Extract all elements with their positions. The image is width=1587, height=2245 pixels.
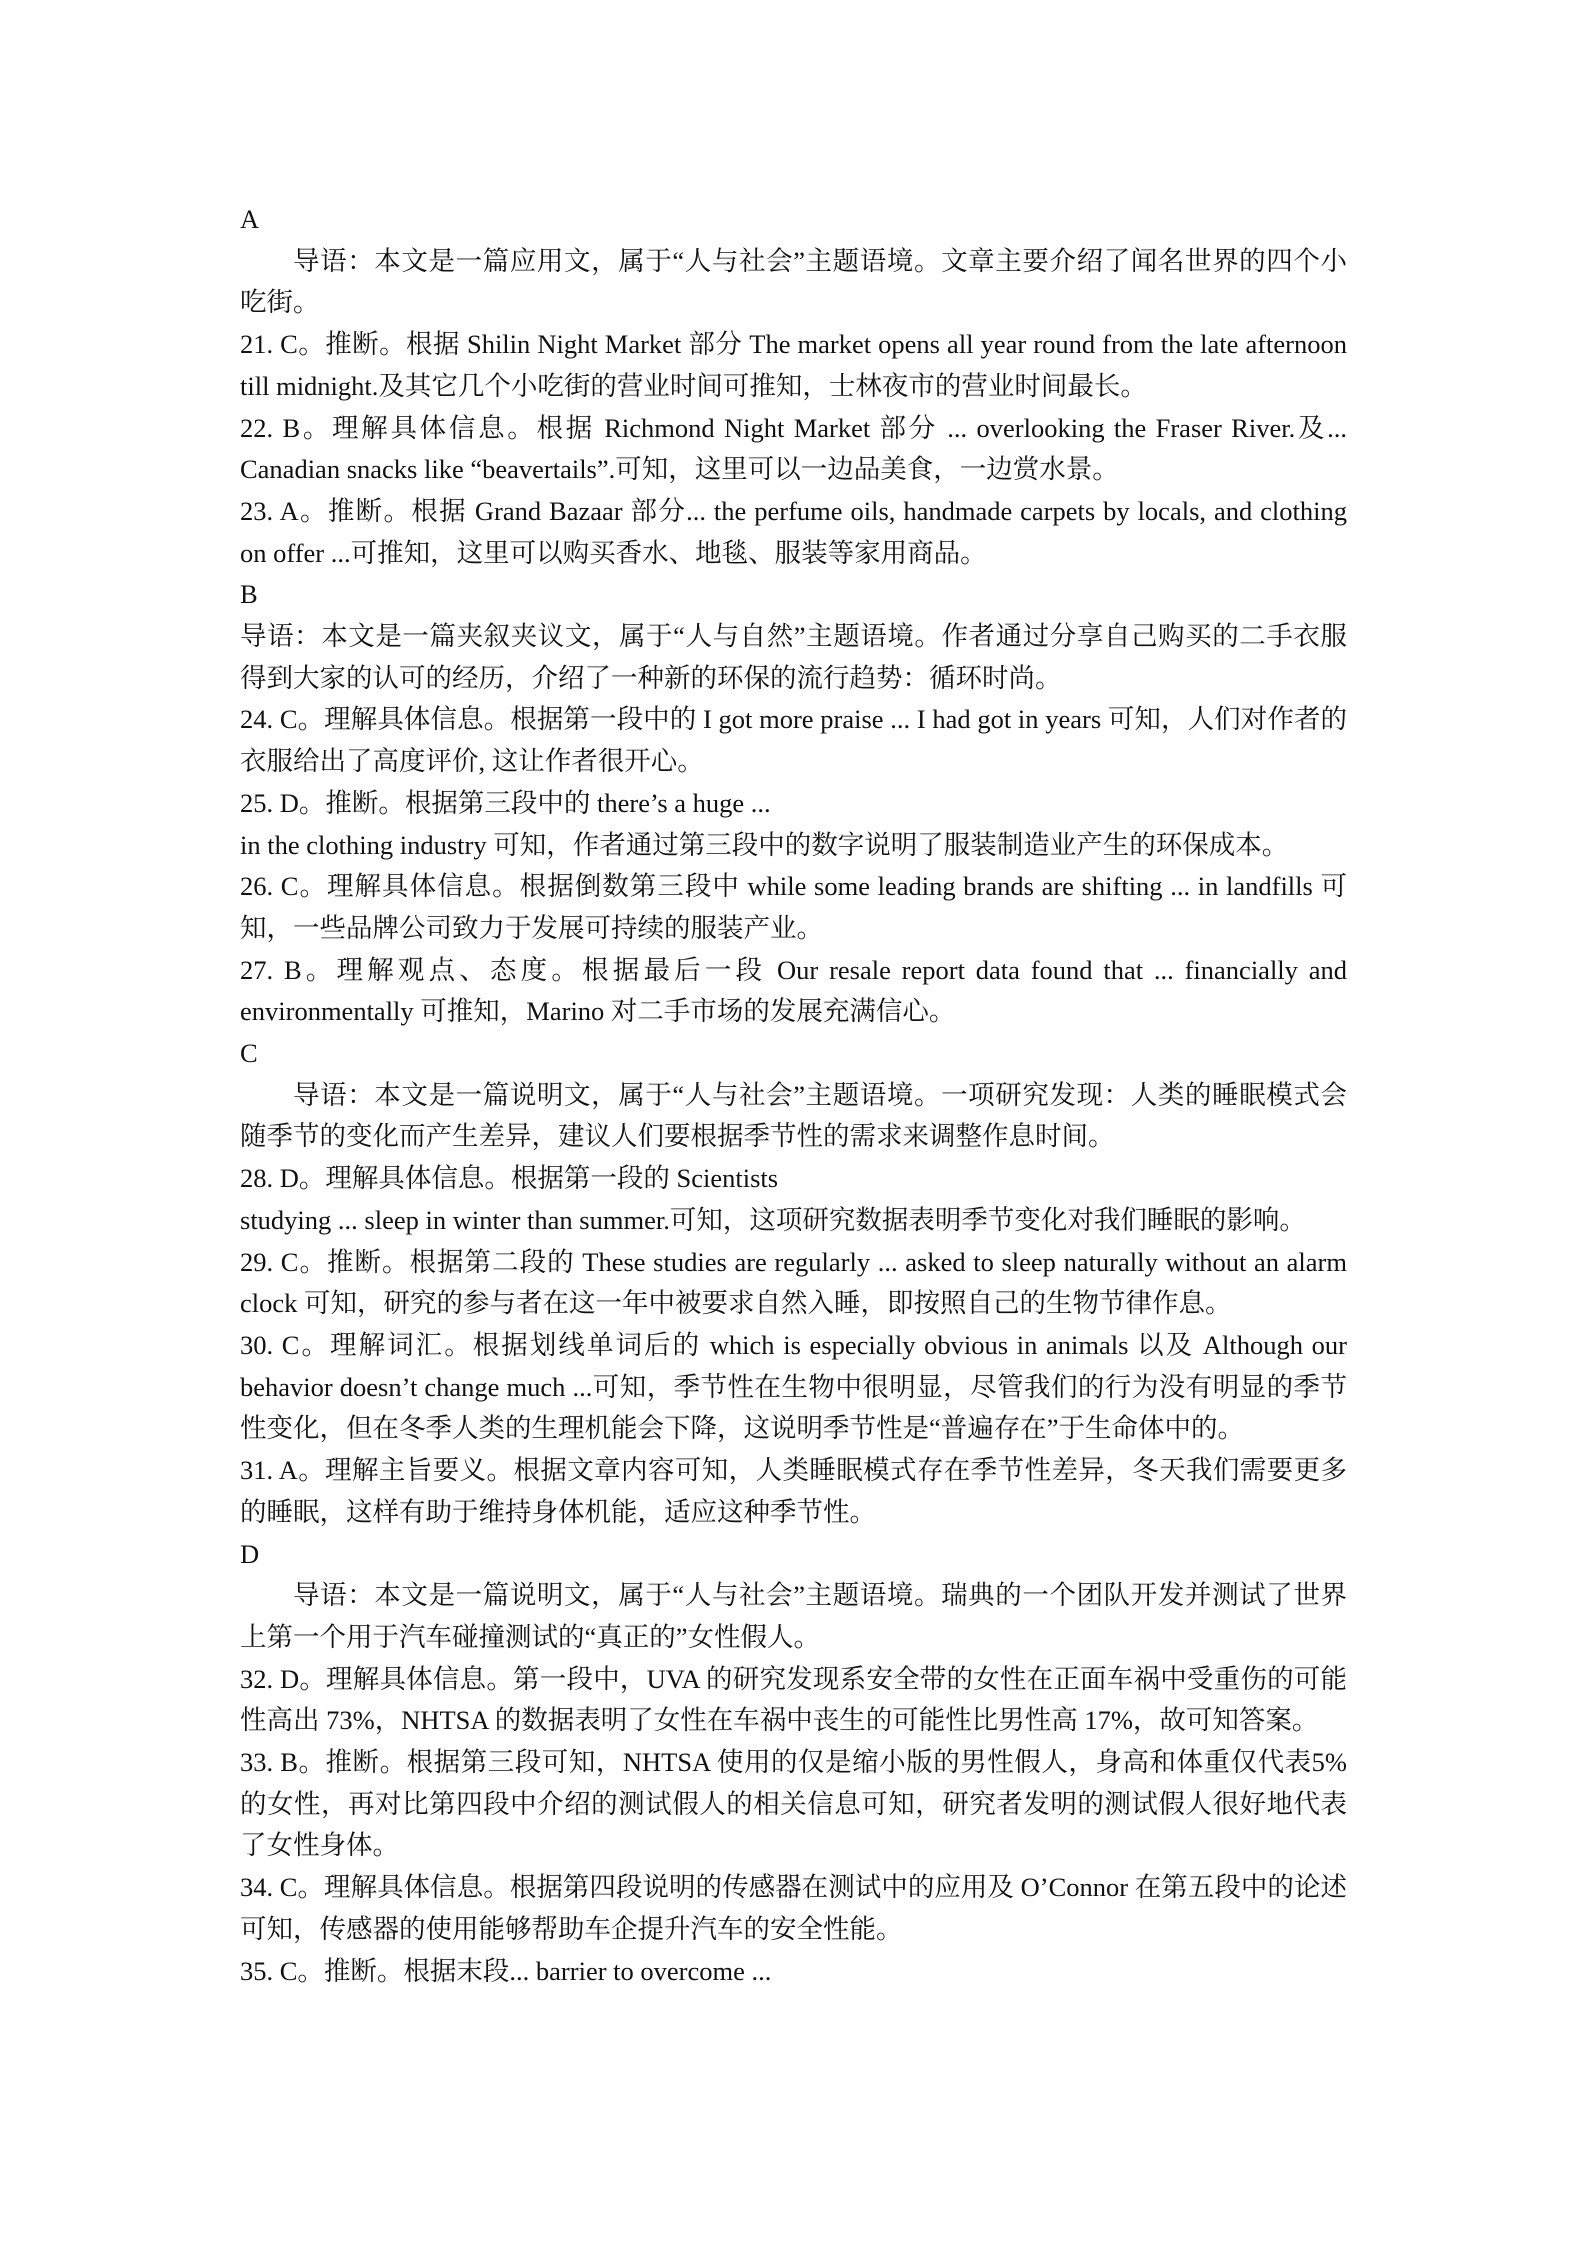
answer-item: 31. A。理解主旨要义。根据文章内容可知，人类睡眠模式存在季节性差异，冬天我们… (240, 1450, 1347, 1533)
answer-item: 25. D。推断。根据第三段中的 there’s a huge ... (240, 783, 1347, 825)
answer-item: 27. B。理解观点、态度。根据最后一段 Our resale report d… (240, 950, 1347, 1033)
answer-key-document: A 导语：本文是一篇应用文，属于“人与社会”主题语境。文章主要介绍了闻名世界的四… (240, 199, 1347, 1992)
section-intro: 导语：本文是一篇说明文，属于“人与社会”主题语境。瑞典的一个团队开发并测试了世界… (240, 1575, 1347, 1658)
section-intro: 导语：本文是一篇应用文，属于“人与社会”主题语境。文章主要介绍了闻名世界的四个小… (240, 241, 1347, 324)
answer-item: 29. C。推断。根据第二段的 These studies are regula… (240, 1242, 1347, 1325)
answer-item-continuation: studying ... sleep in winter than summer… (240, 1200, 1347, 1242)
answer-item: 26. C。理解具体信息。根据倒数第三段中 while some leading… (240, 866, 1347, 949)
section-d: D 导语：本文是一篇说明文，属于“人与社会”主题语境。瑞典的一个团队开发并测试了… (240, 1534, 1347, 1993)
section-heading: D (240, 1534, 1347, 1576)
answer-item: 32. D。理解具体信息。第一段中，UVA 的研究发现系安全带的女性在正面车祸中… (240, 1659, 1347, 1742)
answer-item: 21. C。推断。根据 Shilin Night Market 部分 The m… (240, 324, 1347, 407)
answer-item: 33. B。推断。根据第三段可知，NHTSA 使用的仅是缩小版的男性假人，身高和… (240, 1742, 1347, 1867)
section-intro: 导语：本文是一篇夹叙夹议文，属于“人与自然”主题语境。作者通过分享自己购买的二手… (240, 616, 1347, 699)
section-heading: C (240, 1033, 1347, 1075)
answer-item: 35. C。推断。根据末段... barrier to overcome ... (240, 1951, 1347, 1993)
answer-item: 22. B。理解具体信息。根据 Richmond Night Market 部分… (240, 408, 1347, 491)
answer-item: 34. C。理解具体信息。根据第四段说明的传感器在测试中的应用及 O’Conno… (240, 1867, 1347, 1950)
section-b: B 导语：本文是一篇夹叙夹议文，属于“人与自然”主题语境。作者通过分享自己购买的… (240, 574, 1347, 1033)
answer-item: 30. C。理解词汇。根据划线单词后的 which is especially … (240, 1325, 1347, 1450)
section-heading: A (240, 199, 1347, 241)
section-heading: B (240, 574, 1347, 616)
answer-item-continuation: in the clothing industry 可知，作者通过第三段中的数字说… (240, 825, 1347, 867)
section-a: A 导语：本文是一篇应用文，属于“人与社会”主题语境。文章主要介绍了闻名世界的四… (240, 199, 1347, 574)
answer-item: 24. C。理解具体信息。根据第一段中的 I got more praise .… (240, 699, 1347, 782)
section-c: C 导语：本文是一篇说明文，属于“人与社会”主题语境。一项研究发现：人类的睡眠模… (240, 1033, 1347, 1533)
answer-item: 28. D。理解具体信息。根据第一段的 Scientists (240, 1158, 1347, 1200)
section-intro: 导语：本文是一篇说明文，属于“人与社会”主题语境。一项研究发现：人类的睡眠模式会… (240, 1075, 1347, 1158)
answer-item: 23. A。推断。根据 Grand Bazaar 部分... the perfu… (240, 491, 1347, 574)
